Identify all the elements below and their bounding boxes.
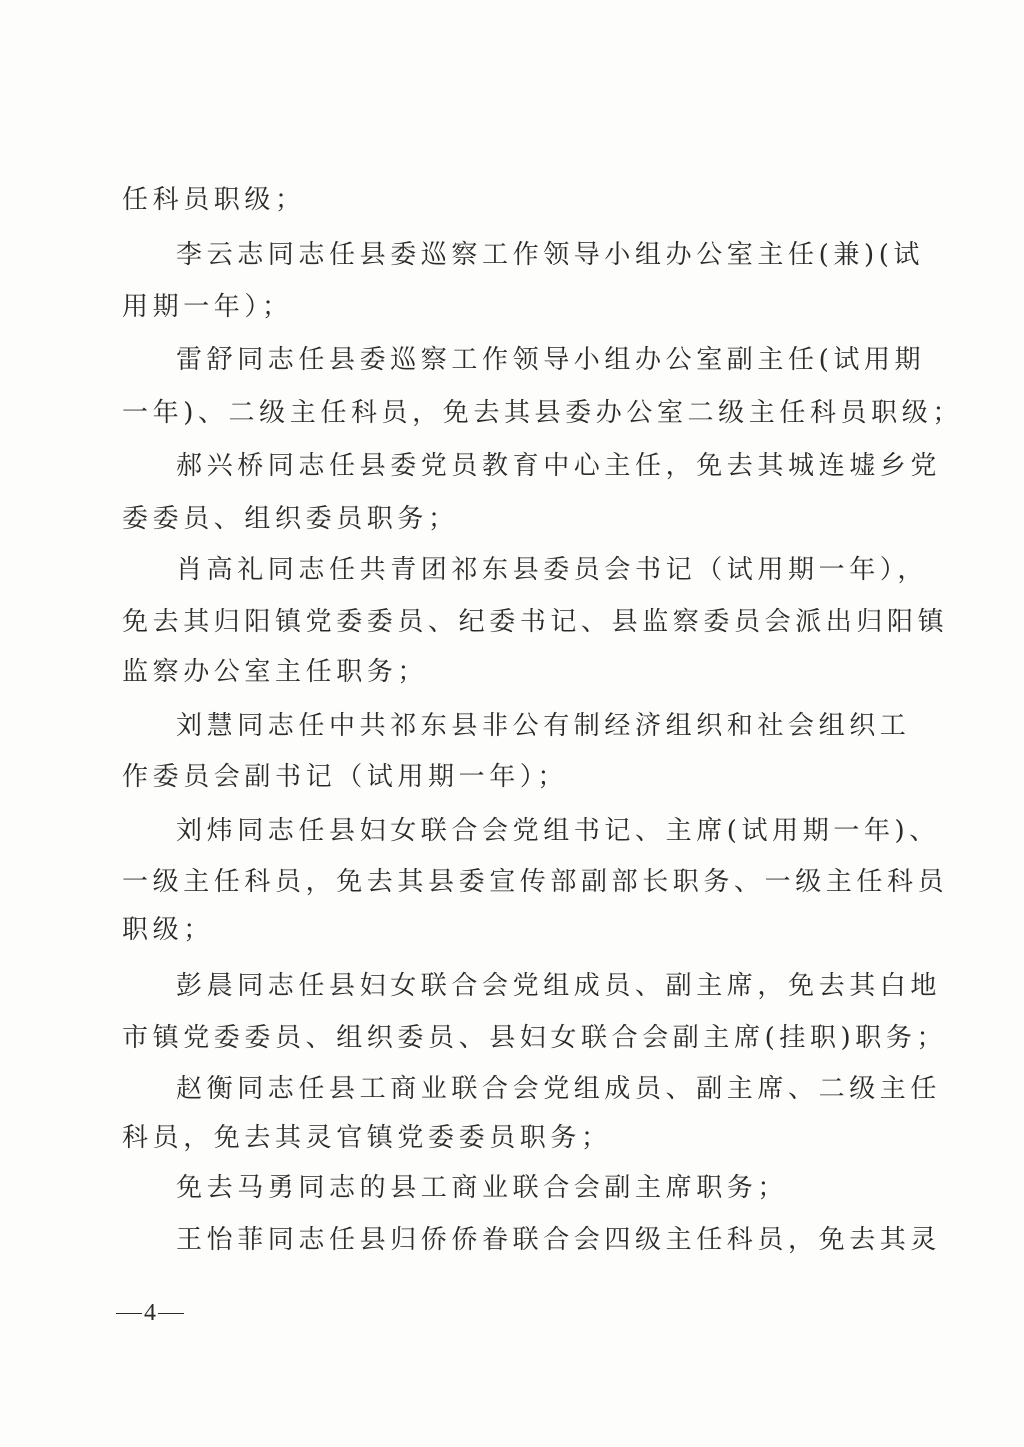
text-line: 作委员会副书记（试用期一年）；: [122, 760, 568, 794]
text-line: 任科员职级；: [122, 183, 306, 217]
page-number-footer: 4: [116, 1300, 184, 1327]
text-line: 王怡菲同志任县归侨侨眷联合会四级主任科员，免去其灵: [176, 1223, 941, 1257]
text-line: 雷舒同志任县委巡察工作领导小组办公室副主任(试用期: [176, 343, 925, 377]
text-line: 李云志同志任县委巡察工作领导小组办公室主任(兼)(试: [176, 238, 924, 272]
text-line: 刘炜同志任县妇女联合会党组书记、主席(试用期一年)、: [176, 814, 940, 848]
text-line: 免去其归阳镇党委委员、纪委书记、县监察委员会派出归阳镇: [122, 605, 948, 639]
text-line: 用期一年）；: [122, 290, 293, 324]
dash-left: [116, 1313, 142, 1315]
text-line: 职级；: [122, 913, 214, 947]
text-line: 一级主任科员，免去其县委宣传部副部长职务、一级主任科员: [122, 865, 948, 899]
text-line: 委委员、组织委员职务；: [122, 502, 459, 536]
text-line: 科员，免去其灵官镇党委委员职务；: [122, 1121, 612, 1155]
text-line: 肖高礼同志任共青团祁东县委员会书记（试用期一年），: [176, 553, 928, 587]
text-line: 赵衡同志任县工商业联合会党组成员、副主席、二级主任: [176, 1072, 941, 1106]
text-line: 一年)、二级主任科员，免去其县委办公室二级主任科员职级；: [122, 396, 963, 430]
dash-right: [158, 1313, 184, 1315]
text-line: 刘慧同志任中共祁东县非公有制经济组织和社会组织工: [176, 709, 910, 743]
document-page: 任科员职级； 李云志同志任县委巡察工作领导小组办公室主任(兼)(试 用期一年）；…: [0, 0, 1024, 1447]
text-line: 郝兴桥同志任县委党员教育中心主任，免去其城连墟乡党: [176, 449, 941, 483]
page-number: 4: [142, 1300, 158, 1327]
text-line: 免去马勇同志的县工商业联合会副主席职务；: [176, 1171, 788, 1205]
text-line: 彭晨同志任县妇女联合会党组成员、副主席，免去其白地: [176, 969, 941, 1003]
text-line: 监察办公室主任职务；: [122, 655, 428, 689]
text-line: 市镇党委委员、组织委员、县妇女联合会副主席(挂职)职务；: [122, 1021, 947, 1055]
